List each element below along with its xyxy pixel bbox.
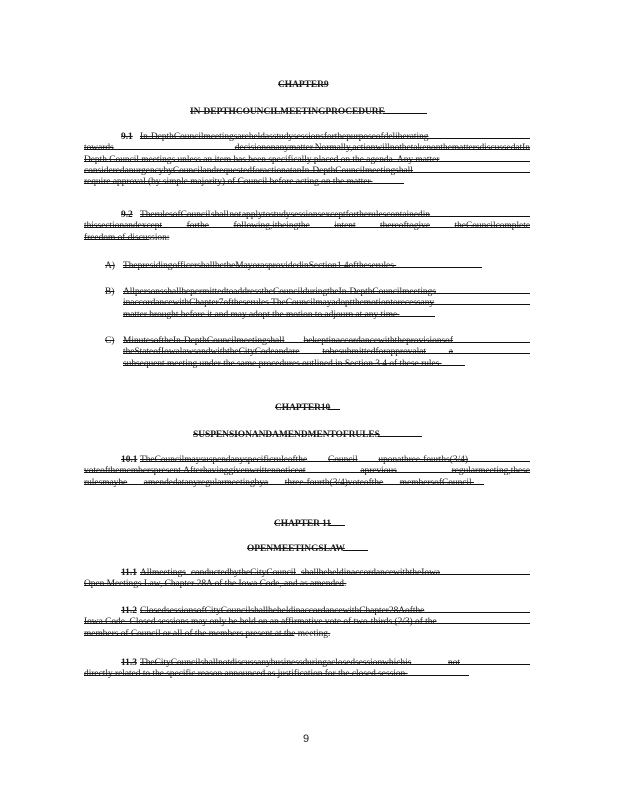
section-10-1-number: 10.1 xyxy=(121,455,137,466)
list-item-label: A) xyxy=(105,261,115,272)
strike-rule xyxy=(123,304,530,305)
strike-rule xyxy=(123,353,530,354)
section-11-1-number: 11.1 xyxy=(121,568,137,579)
strike-rule xyxy=(84,585,344,586)
strike-rule xyxy=(84,484,484,485)
strike-rule xyxy=(84,472,530,473)
section-11-3-number: 11.3 xyxy=(121,658,137,669)
strike-rule xyxy=(123,342,530,343)
strike-rule xyxy=(140,664,530,665)
strike-rule xyxy=(84,623,530,624)
text-run: AllpersonsshallbepermittedtoaddresstheCo… xyxy=(123,287,436,297)
chapter-11-title: OPENMEETINGSLAW xyxy=(247,544,345,555)
strike-rule xyxy=(123,365,465,366)
strike-rule xyxy=(140,574,530,575)
section-9-2-number: 9.2 xyxy=(121,210,133,221)
strike-rule xyxy=(378,436,422,437)
strike-rule xyxy=(123,293,530,294)
strike-rule xyxy=(328,409,340,410)
chapter-9-heading: CHAPTER9 xyxy=(278,80,329,91)
section-11-2-number: 11.2 xyxy=(121,606,137,617)
strike-rule xyxy=(84,635,294,636)
strike-rule xyxy=(84,675,469,676)
strike-rule xyxy=(140,612,530,613)
strike-rule xyxy=(329,525,345,526)
strike-rule xyxy=(84,239,149,240)
text-run: members of Council or all of the members… xyxy=(84,629,330,639)
strike-rule xyxy=(140,216,530,217)
strike-rule xyxy=(84,161,530,162)
text-run: Open Meetings Law, Chapter 28A of the Io… xyxy=(84,579,346,589)
text-run: directly related to the specific reason … xyxy=(84,669,408,679)
strike-rule xyxy=(383,113,427,114)
chapter-11-heading: CHAPTER 11 xyxy=(274,519,331,530)
strike-rule xyxy=(140,461,530,462)
strike-rule xyxy=(84,172,530,173)
strike-rule xyxy=(123,316,435,317)
strike-rule xyxy=(84,183,404,184)
text-run: freedom of discussion: xyxy=(84,233,169,243)
text-run: require approval (by simple majority) of… xyxy=(84,177,372,187)
strike-rule xyxy=(343,550,368,551)
chapter-10-heading: CHAPTER10 xyxy=(275,403,330,414)
strike-rule xyxy=(84,227,530,228)
strike-rule xyxy=(84,149,530,150)
chapter-10-title: SUSPENSIONANDAMENDMENTOFRULES xyxy=(193,430,380,441)
chapter-9-title: IN-DEPTHCOUNCILMEETINGPROCEDURE xyxy=(190,107,385,118)
list-item-label: B) xyxy=(105,287,114,298)
strike-rule xyxy=(123,267,482,268)
text-run: inaccordancewithChapter7oftheserules.The… xyxy=(123,298,434,308)
list-item-label: C) xyxy=(105,336,114,347)
page-number: 9 xyxy=(303,733,309,745)
section-9-1-number: 9.1 xyxy=(121,132,133,143)
strike-rule xyxy=(140,138,530,139)
